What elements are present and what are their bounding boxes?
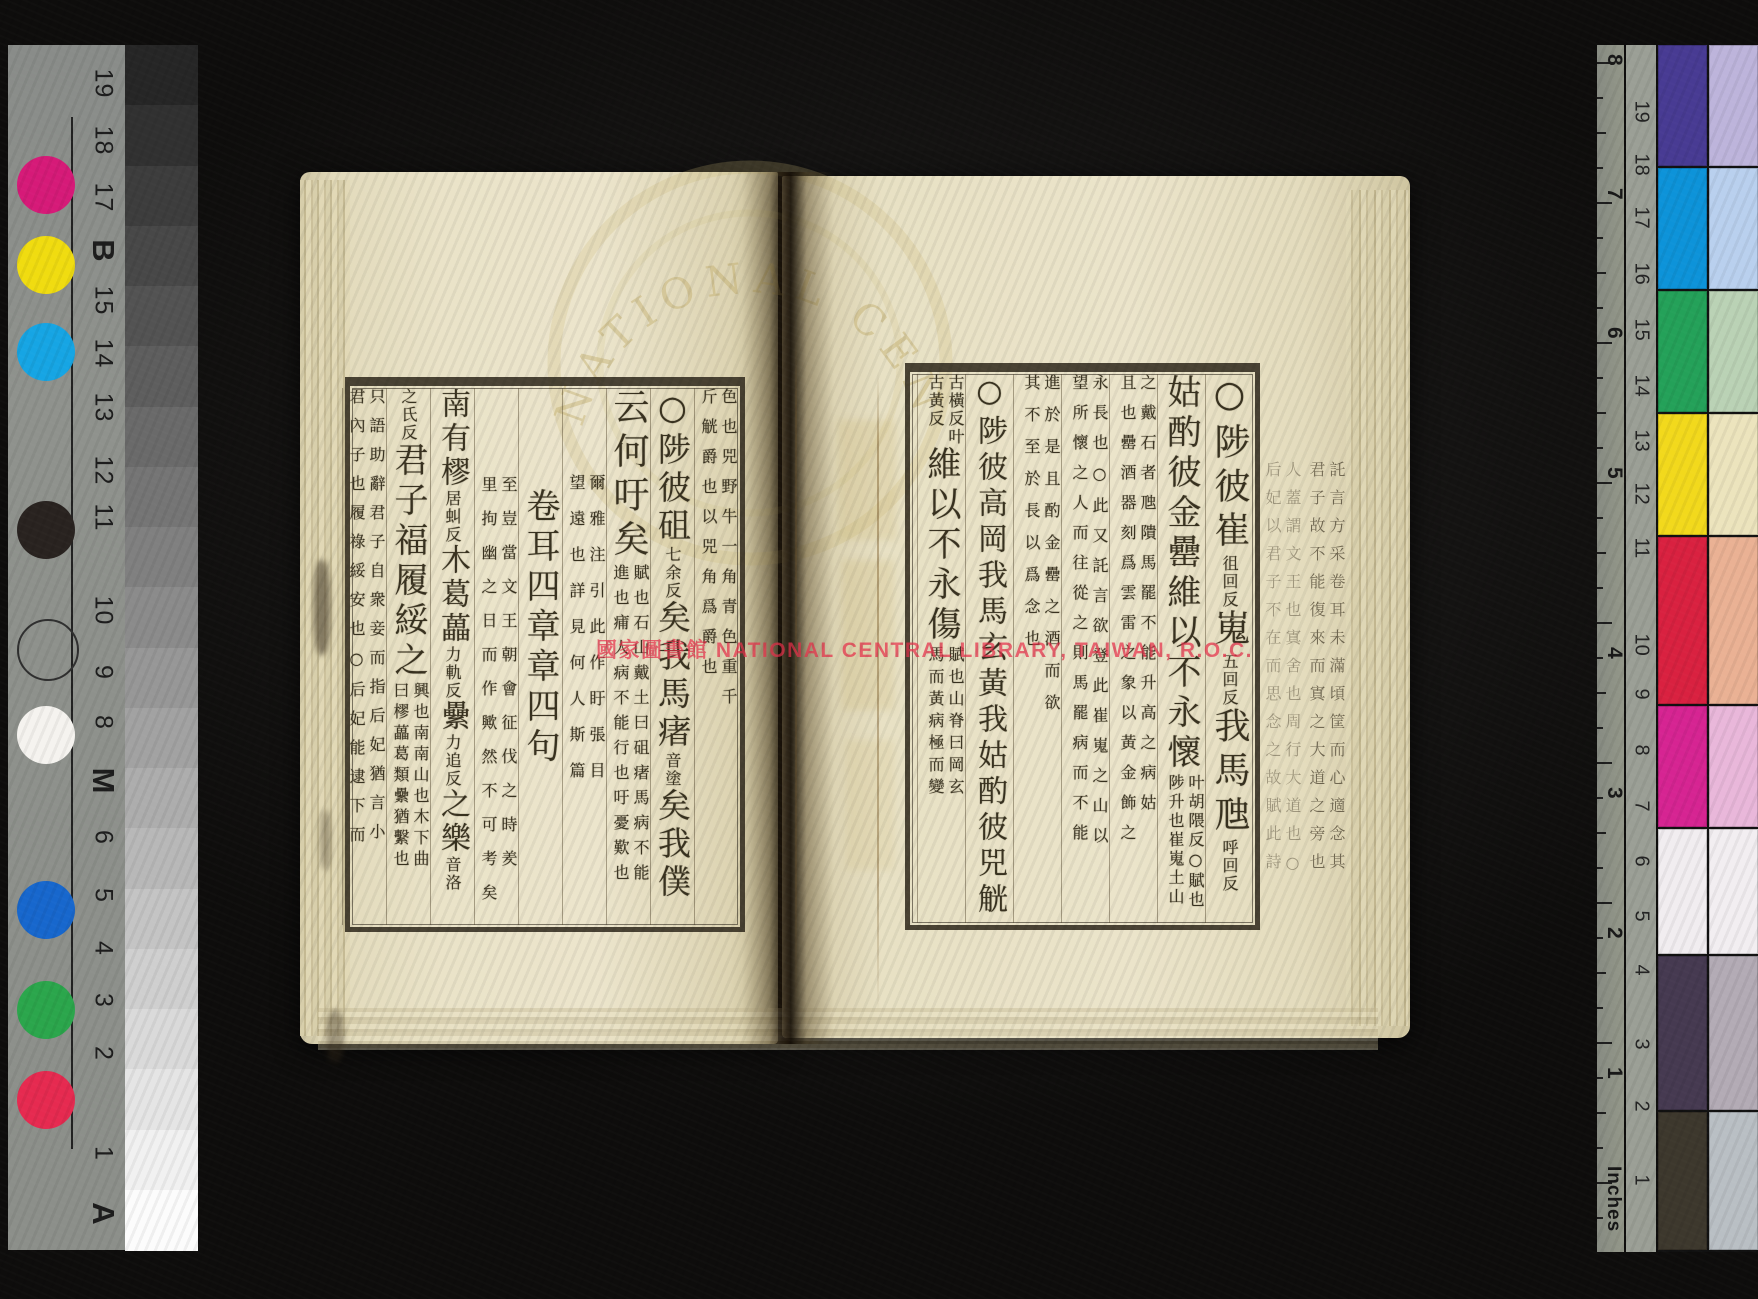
text-column-left-l9: 只語助辭君子自衆妾而指后妃猶言小君內子也履祿綏安也○后妃能逮下而: [342, 388, 386, 925]
scale-label-A: A: [85, 1191, 121, 1237]
ruler-tick: [1597, 307, 1603, 309]
double-column-annotation: 叶胡隈反○賦也陟升也崔嵬土山: [1165, 774, 1205, 910]
ruler-tick: [1597, 587, 1603, 589]
seal-bleedthrough-mark: [846, 740, 894, 870]
color-patch-tint: [1709, 45, 1758, 166]
grayscale-step: [125, 1069, 198, 1130]
grayscale-step: [125, 889, 198, 950]
ruler-tick: [1597, 867, 1603, 869]
grayscale-step: [125, 587, 198, 648]
grayscale-step: [125, 828, 198, 889]
color-patch-tint: [1709, 956, 1758, 1110]
fanqie-annotation: 之氏反: [399, 388, 418, 442]
ruler-tick: [1597, 412, 1606, 414]
ruler-number-3: 3: [1602, 787, 1626, 809]
text-column-left-l8: 之氏反君子福履綏之興也南南山也木下曲曰樛藟葛類纍猶繫也: [386, 388, 430, 925]
target-index-7: 7: [1630, 801, 1653, 827]
calibration-circle: [17, 323, 75, 381]
ruler-tick: [1597, 1007, 1603, 1009]
text-column-left-l5: 卷耳四章章四句此亦后妃所自作可以見其貞靜專一之: [518, 388, 562, 925]
main-text: 南有樛: [435, 388, 470, 490]
color-patch-main: [1658, 956, 1707, 1110]
grayscale-step: [125, 1009, 198, 1070]
scale-label-B: B: [85, 228, 121, 274]
fanqie-annotation: 力追反: [443, 734, 462, 788]
grayscale-step: [125, 105, 198, 166]
ruler-tick: [1597, 692, 1606, 694]
ruler-tick: [1597, 1112, 1606, 1114]
edge-ink-smudge: [314, 560, 330, 655]
red-watermark: 國家圖書館 NATIONAL CENTRAL LIBRARY, TAIWAN, …: [596, 634, 1253, 664]
scale-label-15: 15: [89, 278, 118, 324]
target-index-9: 9: [1630, 689, 1653, 715]
target-index-6: 6: [1630, 856, 1653, 882]
target-index-16: 16: [1630, 263, 1653, 289]
fanqie-annotation: 力軌反: [443, 646, 462, 700]
text-column-left-l7: 南有樛居虯反木葛藟力軌反纍力追反之樂音洛只: [430, 388, 474, 925]
double-column-annotation: 古橫反叶古黃反: [925, 374, 965, 446]
color-patch-tint: [1709, 414, 1758, 535]
page-edge-stack-right: [1346, 190, 1408, 1026]
ruler-tick: [1597, 237, 1603, 239]
ruler-number-7: 7: [1602, 188, 1626, 210]
color-patch-main: [1658, 706, 1707, 827]
main-text: 姑酌彼金罍維以不永懷: [1161, 374, 1201, 774]
calibration-circle: [17, 501, 75, 559]
page-edge-stack-bottom: [318, 1008, 1378, 1050]
main-text: 云何吁矣: [608, 388, 649, 564]
inch-ruler: 87654321Inches: [1597, 45, 1624, 1252]
ruler-tick: [1597, 762, 1612, 764]
ruler-tick: [1597, 727, 1603, 729]
scale-label-10: 10: [89, 588, 118, 634]
color-patch-tint: [1709, 829, 1758, 954]
scale-label-19: 19: [89, 61, 118, 107]
grayscale-step: [125, 226, 198, 287]
ruler-tick: [1597, 832, 1606, 834]
target-index-1: 1: [1630, 1175, 1653, 1201]
scale-label-18: 18: [89, 118, 118, 164]
grayscale-step: [125, 1190, 198, 1251]
edge-ink-smudge: [326, 1010, 344, 1062]
target-index-3: 3: [1630, 1039, 1653, 1065]
color-patch-tint: [1709, 1112, 1758, 1250]
main-text: 木葛藟: [435, 544, 470, 646]
grayscale-step: [125, 708, 198, 769]
ruler-tick: [1597, 132, 1606, 134]
main-text: 矣我馬瘏: [653, 600, 692, 752]
page-fold-crease: [877, 372, 879, 1012]
ruler-tick: [1597, 167, 1603, 169]
scale-label-14: 14: [89, 331, 118, 377]
book-gutter-shadow: [742, 172, 834, 1044]
scale-label-M: M: [85, 758, 121, 804]
main-text: 君子福履綏之: [388, 442, 428, 682]
grayscale-step: [125, 346, 198, 407]
main-text: 我馬虺: [1209, 707, 1250, 839]
double-column-annotation: 賦也山脊曰岡玄馬而黃病極而變: [925, 646, 965, 800]
ruler-number-1: 1: [1602, 1067, 1626, 1089]
ruler-tick: [1597, 97, 1603, 99]
ruler-tick: [1597, 1147, 1603, 1149]
double-column-annotation: 興也南南山也木下曲曰樛藟葛類纍猶繫也: [390, 682, 430, 871]
scale-label-12: 12: [89, 448, 118, 494]
ruler-tick: [1597, 447, 1603, 449]
previous-leaf-edge: 人蓋謂文王也寘舍也周行大道也○后妃以君子不在而思念之故賦此詩託言方采卷耳未滿頃筐…: [1258, 366, 1346, 926]
main-text: 維以不永傷: [921, 446, 961, 646]
grayscale-step: [125, 166, 198, 227]
double-column-annotation: 進於是且酌金罍之酒而欲其不至於長以爲念也: [1021, 374, 1061, 726]
scale-label-13: 13: [89, 385, 118, 431]
previous-leaf-column-u2: 託言方采卷耳未滿頃筐而心適念其君子故不能復來而寘之大道之旁也: [1304, 366, 1346, 926]
target-index-2: 2: [1630, 1101, 1653, 1127]
calibration-circle: [17, 981, 75, 1039]
target-index-14: 14: [1630, 375, 1653, 401]
scale-label-9: 9: [89, 650, 118, 696]
scale-label-11: 11: [89, 495, 118, 541]
grayscale-step: [125, 949, 198, 1010]
fanqie-annotation: 音塗: [663, 752, 682, 788]
calibration-circle: [17, 236, 75, 294]
scale-label-6: 6: [89, 815, 118, 861]
calibration-circle: [17, 1071, 75, 1129]
double-column-annotation: 賦也石山戴土曰砠瘏馬病不能進也痡人病不能行也吁憂歎也: [610, 564, 650, 889]
double-column-annotation: 之戴石者虺隤馬罷不能升高之病姑且也罍酒器刻爲雲雷之象以黃金飾之: [1117, 374, 1157, 854]
calibration-circle: [17, 881, 75, 939]
fanqie-annotation: 居虯反: [443, 490, 462, 544]
color-patch-main: [1658, 291, 1707, 412]
ruler-tick: [1597, 902, 1612, 904]
fanqie-annotation: 徂回反: [1220, 555, 1239, 609]
target-index-8: 8: [1630, 745, 1653, 771]
seal-bleedthrough-mark: [838, 420, 896, 540]
target-index-11: 11: [1630, 538, 1653, 564]
target-index-18: 18: [1630, 154, 1653, 180]
ruler-number-5: 5: [1602, 467, 1626, 489]
color-patch-tint: [1709, 537, 1758, 704]
target-index-5: 5: [1630, 911, 1653, 937]
color-patch-tint: [1709, 168, 1758, 289]
fanqie-annotation: 呼回反: [1220, 839, 1239, 893]
ruler-number-2: 2: [1602, 927, 1626, 949]
grayscale-step: [125, 768, 198, 829]
text-column-left-l6: 至豈當文王朝會征伐之時羑里拘幽之日而作歟然不可考矣: [474, 388, 518, 925]
edge-ink-smudge: [320, 810, 331, 870]
main-text: 纍: [435, 700, 470, 734]
color-target-patches: [1658, 45, 1758, 1252]
color-patch-main: [1658, 829, 1707, 954]
target-index-13: 13: [1630, 430, 1653, 456]
grayscale-step: [125, 527, 198, 588]
ruler-unit-label: Inches: [1602, 1166, 1624, 1226]
scale-label-1: 1: [89, 1131, 118, 1177]
target-index-15: 15: [1630, 319, 1653, 345]
double-column-annotation: 只語助辭君子自衆妾而指后妃猶言小君內子也履祿綏安也○后妃能逮下而: [346, 388, 386, 855]
ruler-tick: [1597, 272, 1606, 274]
scale-label-17: 17: [89, 175, 118, 221]
calibration-circle: [17, 156, 75, 214]
color-target-index-strip: 19181716151413121110987654321: [1626, 45, 1656, 1252]
scale-label-3: 3: [89, 978, 118, 1024]
double-column-annotation: 色也兕野牛一角青色重千斤觥爵也以兕角爲爵也: [698, 388, 738, 718]
ruler-number-6: 6: [1602, 327, 1626, 349]
ruler-tick: [1597, 517, 1603, 519]
page-fold-crease: [795, 330, 797, 1030]
fanqie-annotation: 七余反: [663, 546, 682, 600]
calibration-circle: [17, 619, 79, 681]
fanqie-annotation: 音洛: [443, 856, 462, 892]
ruler-number-8: 8: [1602, 54, 1626, 76]
scale-label-4: 4: [89, 926, 118, 972]
ruler-tick: [1597, 972, 1606, 974]
target-index-19: 19: [1630, 101, 1653, 127]
ruler-tick: [1597, 1042, 1612, 1044]
target-index-12: 12: [1630, 483, 1653, 509]
scale-label-8: 8: [89, 700, 118, 746]
color-patch-main: [1658, 45, 1707, 166]
double-column-annotation: 永長也○此又託言欲登此崔嵬之山以望所懷之人而往從之則馬罷病而不能: [1069, 374, 1109, 857]
color-patch-main: [1658, 1112, 1707, 1250]
main-text: 之樂: [435, 788, 470, 856]
calibration-strip-left: 191817B15141312111098M654321A: [8, 45, 198, 1250]
color-patch-main: [1658, 414, 1707, 535]
double-column-annotation: 至豈當文王朝會征伐之時羑里拘幽之日而作歟然不可考矣: [478, 476, 518, 918]
target-index-10: 10: [1630, 634, 1653, 660]
color-patch-tint: [1709, 291, 1758, 412]
color-patch-main: [1658, 537, 1707, 704]
main-text: ○陟彼砠: [653, 388, 692, 546]
grayscale-step: [125, 648, 198, 709]
grayscale-step: [125, 286, 198, 347]
previous-leaf-column-u1: 人蓋謂文王也寘舍也周行大道也○后妃以君子不在而思念之故賦此詩: [1260, 366, 1302, 926]
ruler-number-4: 4: [1602, 647, 1626, 669]
grayscale-step: [125, 1130, 198, 1191]
calibration-circle: [17, 706, 75, 764]
scale-label-5: 5: [89, 873, 118, 919]
grayscale-step: [125, 45, 198, 106]
scan-photo-stage: 191817B15141312111098M654321A NATIONAL C…: [0, 0, 1758, 1299]
main-text: 卷耳四章章四句: [520, 488, 560, 768]
main-text: ○陟彼崔: [1209, 374, 1250, 555]
target-index-4: 4: [1630, 965, 1653, 991]
ruler-tick: [1597, 552, 1606, 554]
grayscale-step: [125, 467, 198, 528]
target-index-17: 17: [1630, 207, 1653, 233]
color-patch-tint: [1709, 706, 1758, 827]
grayscale-step: [125, 407, 198, 468]
color-patch-main: [1658, 168, 1707, 289]
ruler-tick: [1597, 377, 1603, 379]
scale-label-2: 2: [89, 1031, 118, 1077]
ruler-tick: [1597, 622, 1612, 624]
